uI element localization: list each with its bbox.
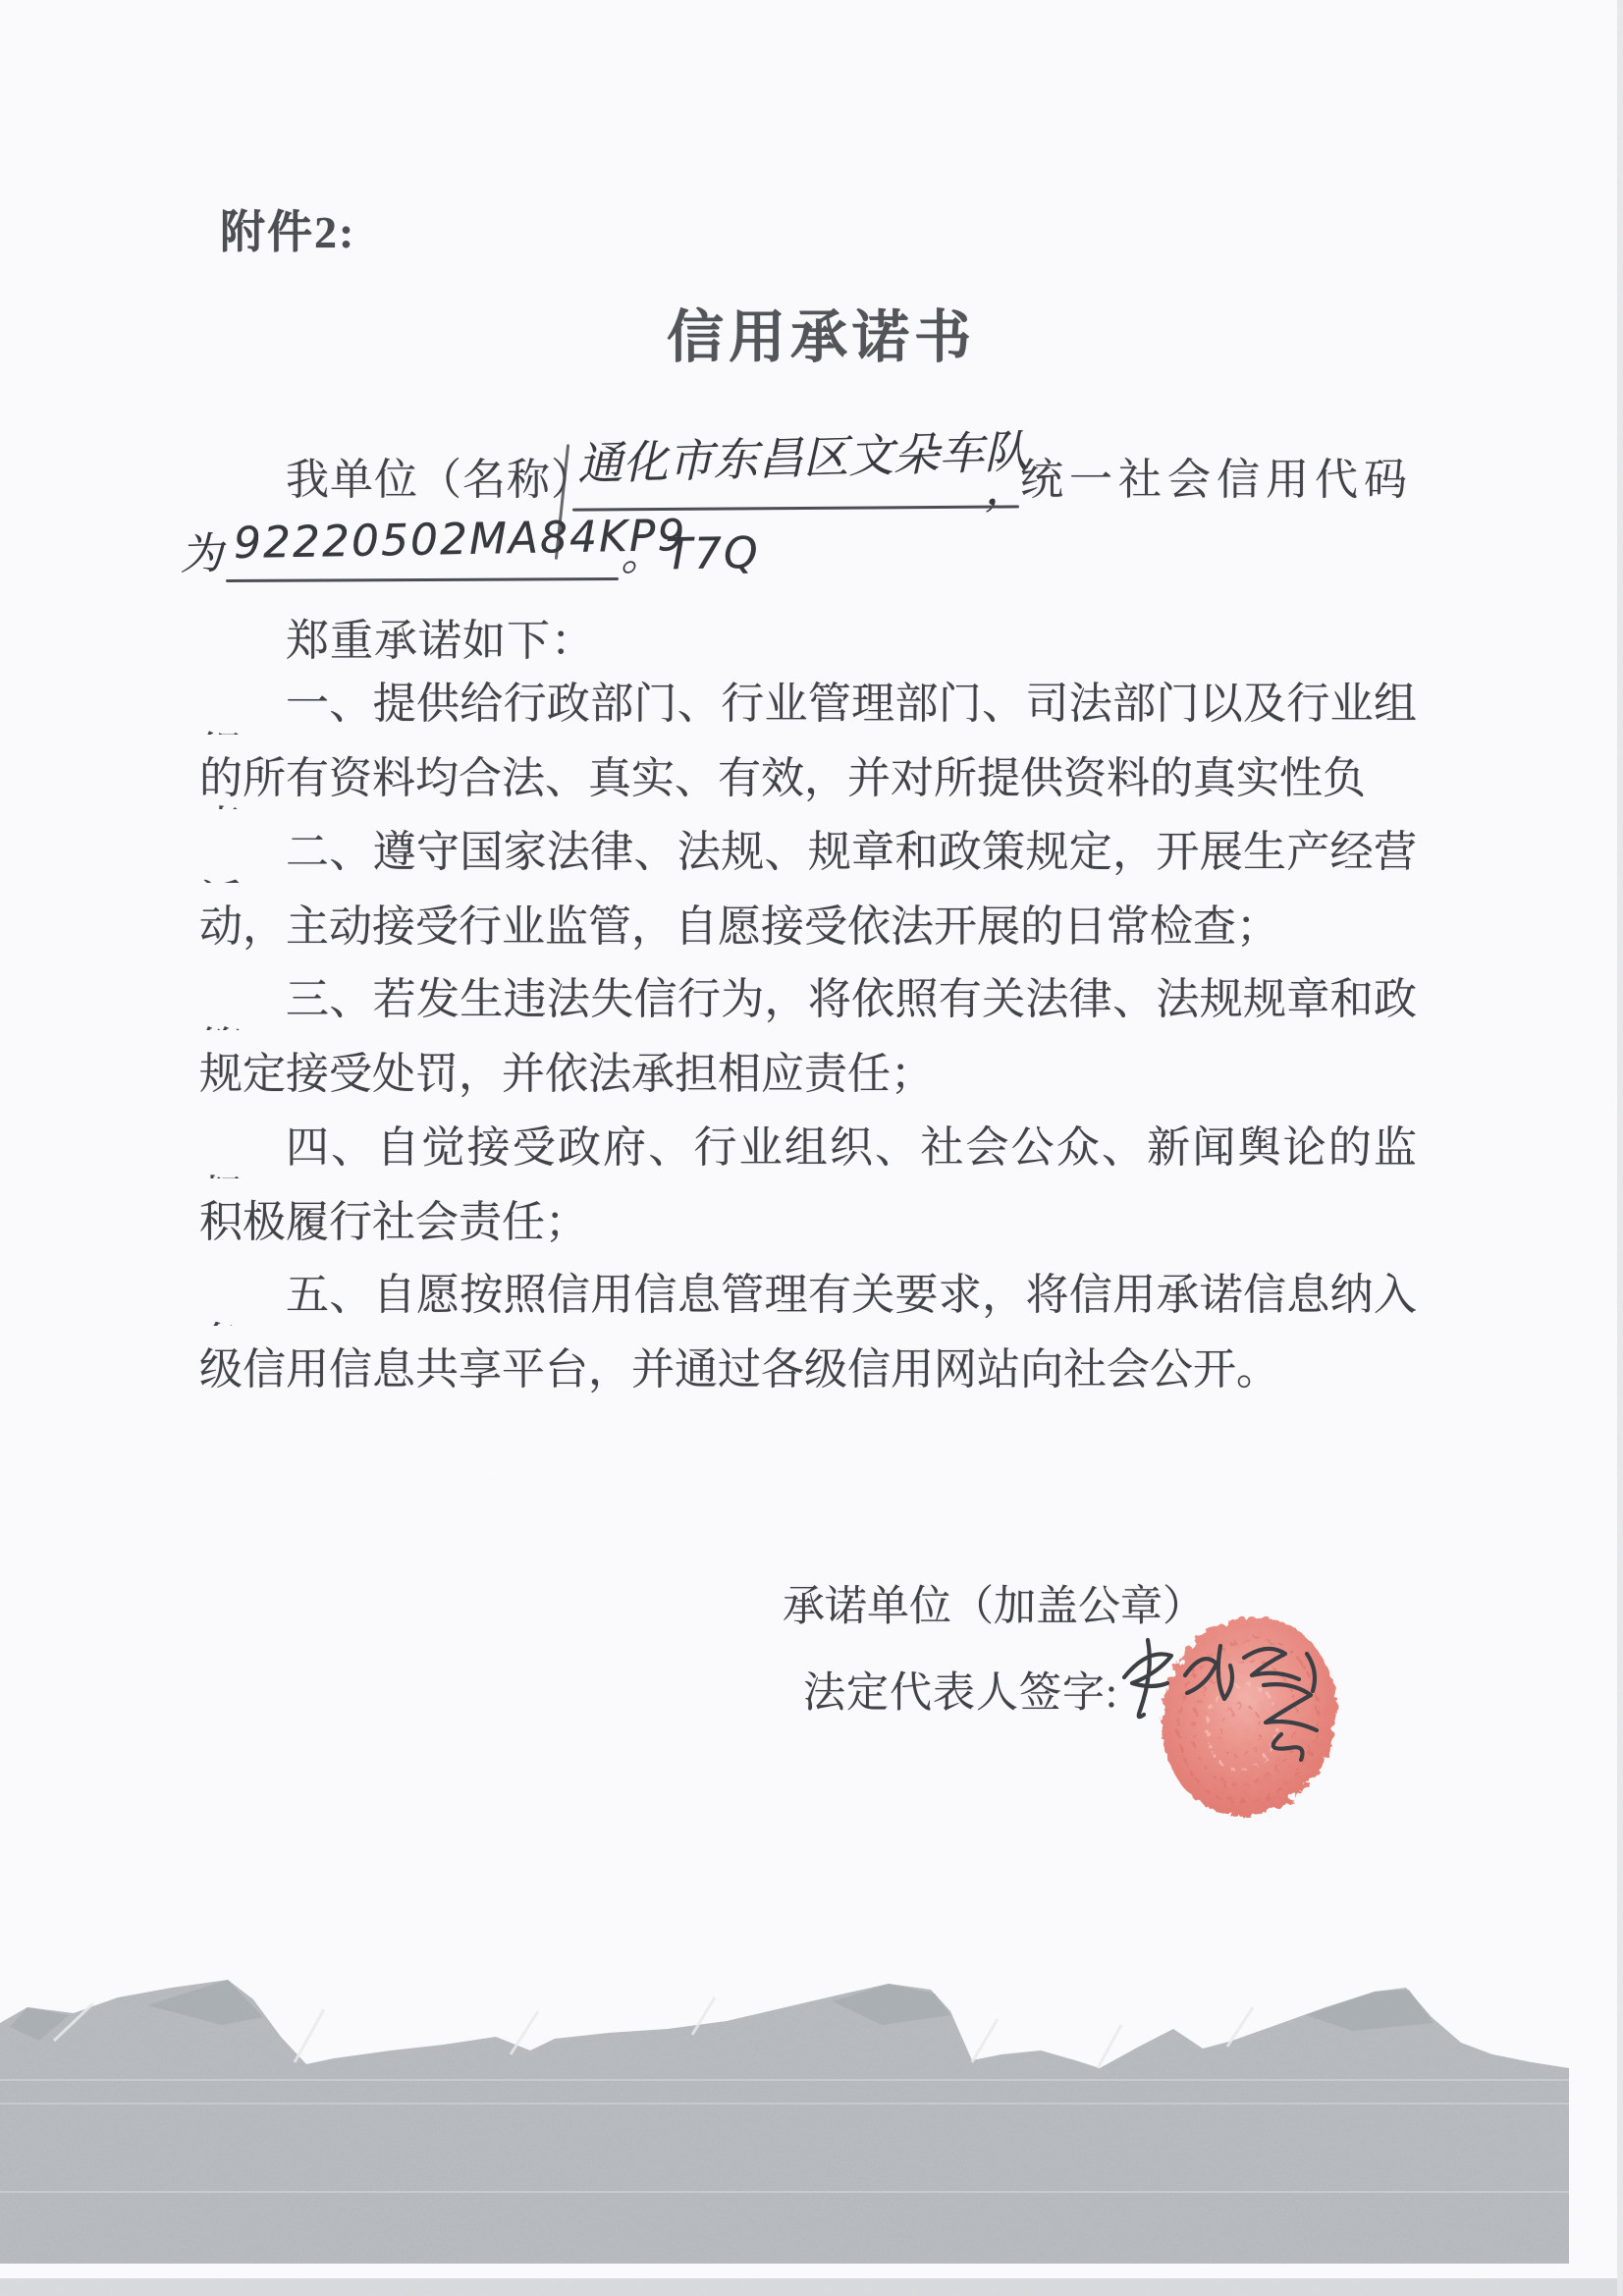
code-underline: [226, 577, 619, 582]
pledge-item-line: 动，主动接受行业监管，自愿接受依法开展的日常检查；: [199, 902, 1417, 957]
pledge-lead: 郑重承诺如下：: [286, 605, 595, 668]
code-line-prefix: 为: [179, 518, 224, 581]
handwritten-signature: [1114, 1620, 1350, 1787]
pledge-item-line: 二、遵守国家法律、法规、规章和政策规定，开展生产经营活: [199, 828, 1417, 883]
pledge-item-line: 三、若发生违法失信行为，将依照有关法律、法规规章和政策: [199, 975, 1417, 1030]
handwriting-underline: [572, 505, 1019, 511]
scan-artifact-band: [0, 1964, 1623, 2296]
pledge-item-line: 的所有资料均合法、真实、有效，并对所提供资料的真实性负责；: [199, 754, 1417, 809]
handwritten-code-tail: 。T7Q: [620, 518, 760, 582]
document-title: 信用承诺书: [0, 291, 1623, 373]
pledge-item-line: 级信用信息共享平台，并通过各级信用网站向社会公开。: [199, 1345, 1417, 1400]
scanned-document-page: 附件2: 信用承诺书 我单位（名称） 通化市东昌区文朵车队 ， 统一社会信用代码…: [0, 0, 1623, 2296]
page-bottom-edge: [0, 2278, 1623, 2296]
handwritten-company-name: 通化市东昌区文朵车队: [576, 416, 1030, 494]
page-right-edge: [1617, 0, 1623, 2296]
legal-representative-line: 法定代表人签字:: [803, 1660, 1118, 1720]
pledge-item-line: 积极履行社会责任；: [199, 1198, 1417, 1253]
pledge-item-line: 规定接受处罚，并依法承担相应责任；: [199, 1050, 1417, 1105]
pledge-item-line: 五、自愿按照信用信息管理有关要求，将信用承诺信息纳入各: [199, 1271, 1417, 1326]
pledge-item-line: 一、提供给行政部门、行业管理部门、司法部门以及行业组织: [199, 680, 1417, 735]
intro-prefix: 我单位（名称）: [286, 444, 595, 507]
attachment-label: 附件2:: [220, 196, 355, 261]
pledge-item-line: 四、自觉接受政府、行业组织、社会公众、新闻舆论的监督，: [199, 1123, 1417, 1178]
credit-code-label: 统一社会信用代码: [1020, 444, 1413, 507]
